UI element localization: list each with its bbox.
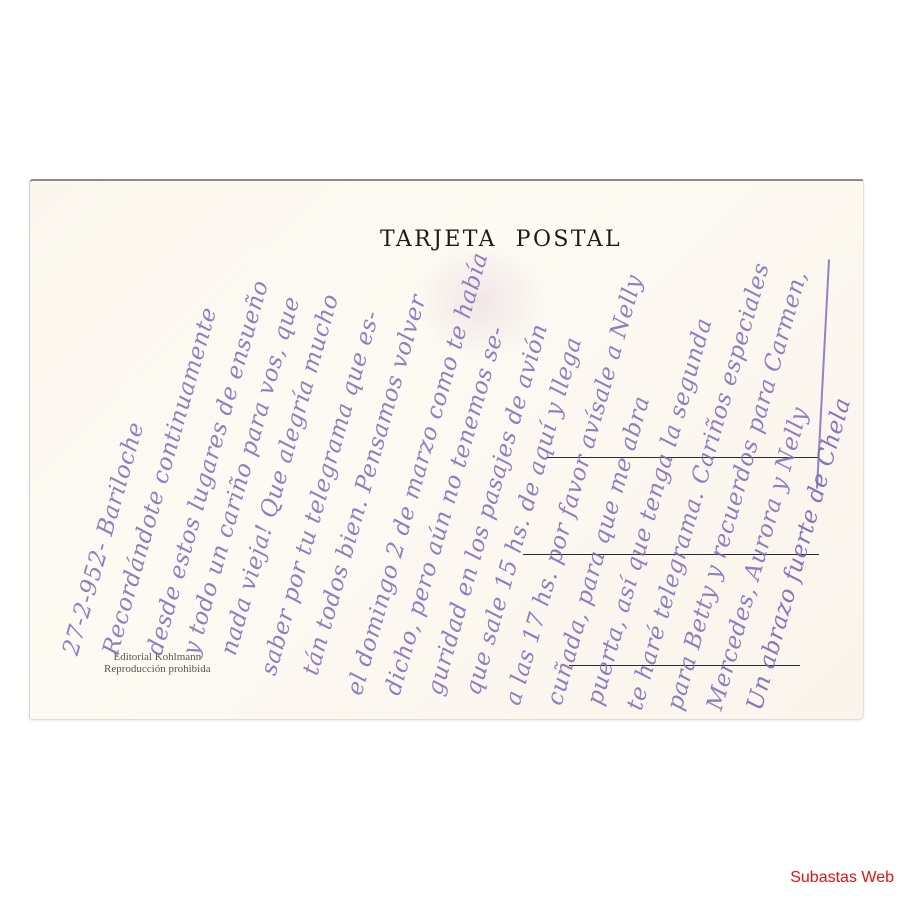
postcard-back: TARJETA POSTAL Editorial Kohlmann Reprod… <box>29 179 864 720</box>
handwritten-line: saber por tu telegrama que es- <box>256 308 385 679</box>
handwritten-line: Mercedes, Aurora y Nelly <box>702 404 813 713</box>
handwritten-line: Recordándote continuamente <box>98 304 222 658</box>
handwritten-line: para Betty y recuerdos para Carmen, <box>662 268 813 713</box>
handwritten-line: 27-2-952- Bariloche <box>58 419 150 658</box>
handwritten-line: desde estos lugares de ensueño <box>142 277 274 658</box>
imprint-publisher: Editorial Kohlmann <box>104 651 211 663</box>
handwritten-line: tán todos bien. Pensamos volver <box>298 292 432 678</box>
handwritten-line: puerta, así que tenga la segunda <box>582 315 718 708</box>
handwritten-line: cuñada, para que me abra <box>542 393 655 708</box>
paper-stain <box>410 241 550 361</box>
address-line-3 <box>569 665 800 666</box>
handwritten-line: que sale 15 hs. de aquí y llega <box>460 334 587 698</box>
handwritten-line: nada vieja! Que alegría mucho <box>216 291 344 658</box>
handwritten-line: guridad en los pasajes de avión <box>422 321 553 698</box>
address-line-1 <box>546 457 818 458</box>
auction-image-stage: TARJETA POSTAL Editorial Kohlmann Reprod… <box>0 0 900 900</box>
postcard-header-title: TARJETA POSTAL <box>380 227 622 252</box>
watermark-label: Subastas Web <box>790 869 894 887</box>
imprint-notice: Reproducción prohibida <box>104 663 211 675</box>
handwritten-line: y todo un cariño para vos, que <box>178 293 306 658</box>
signature-underline <box>816 259 830 489</box>
address-line-2 <box>523 554 819 555</box>
handwritten-line: te haré telegrama. Cariños especiales <box>622 260 775 713</box>
publisher-imprint: Editorial Kohlmann Reproducción prohibid… <box>104 651 211 675</box>
handwritten-line: dicho, pero aún no tenemos se- <box>380 323 510 698</box>
